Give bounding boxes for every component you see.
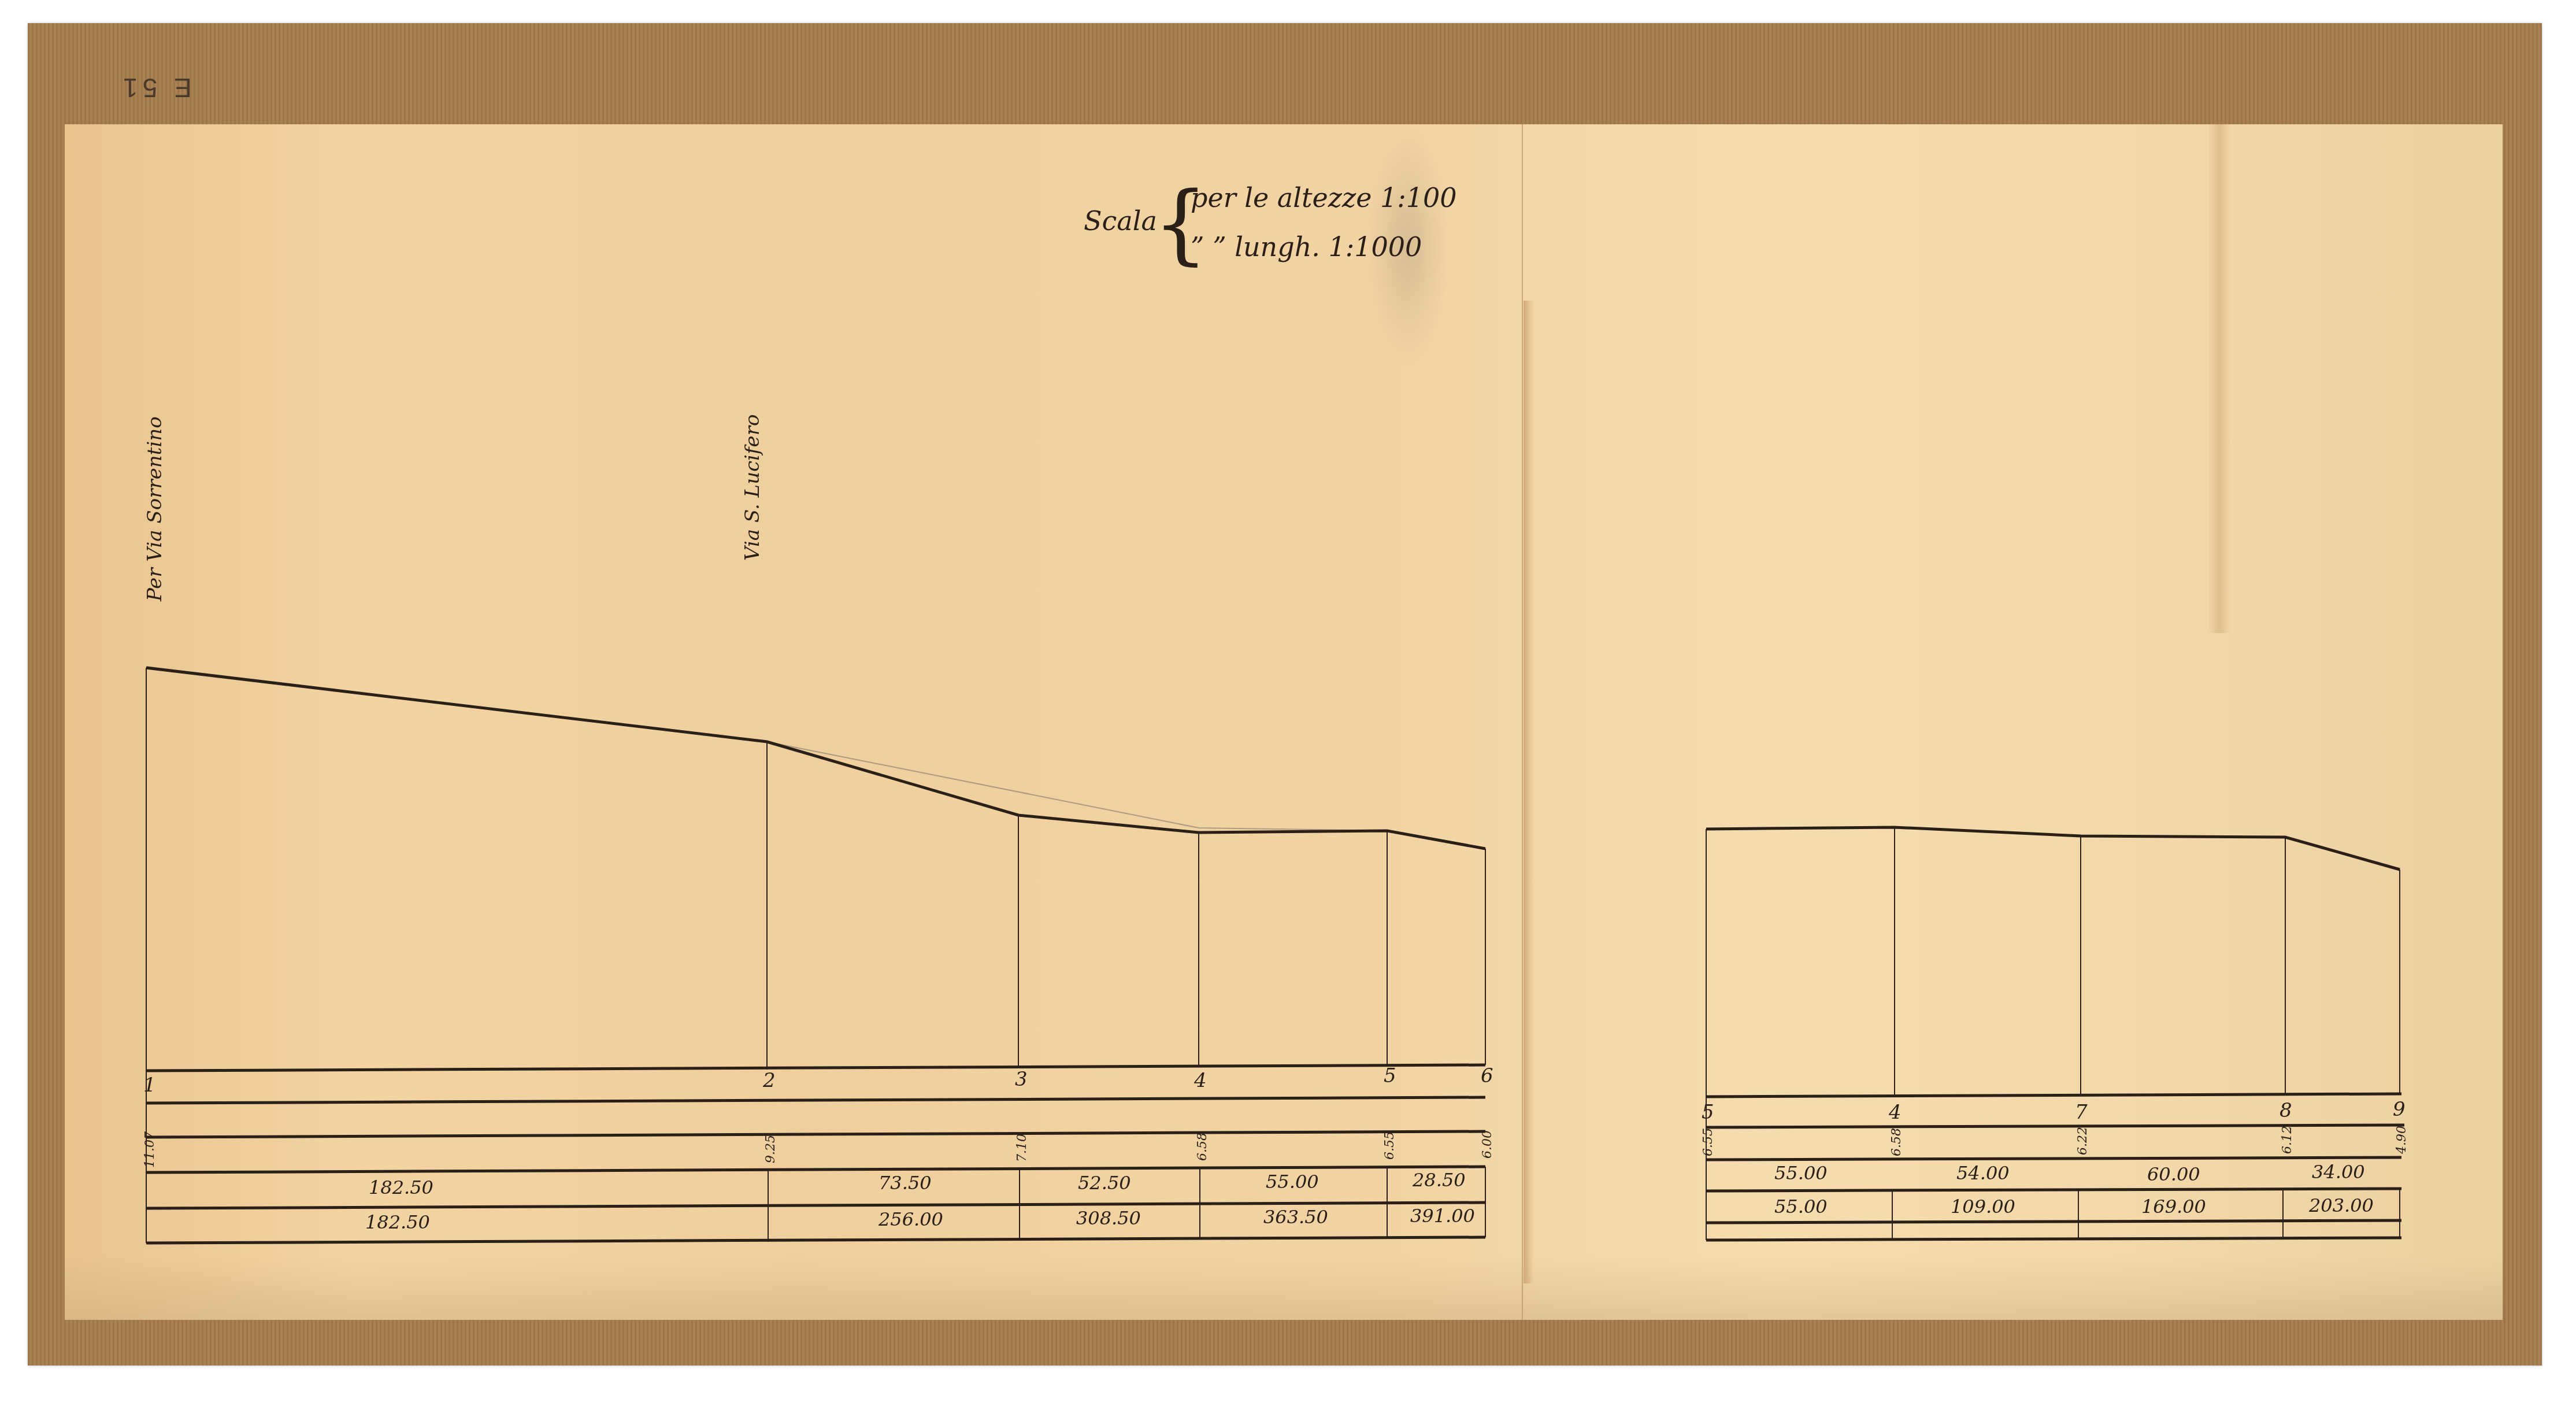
station-label: 4: [1194, 1069, 1207, 1092]
elevation-value: 6.55: [1701, 1128, 1715, 1156]
right-progressive-distances: 55.00 109.00 169.00 203.00: [1774, 1194, 2374, 1218]
station-label: 6: [1481, 1064, 1493, 1087]
station-label: 5: [1702, 1101, 1714, 1124]
partial-distance: 182.50: [369, 1176, 433, 1198]
progressive-distance: 391.00: [1410, 1205, 1475, 1227]
partial-distance: 28.50: [1412, 1169, 1466, 1191]
ground-line: [1706, 827, 2400, 870]
elevation-value: 6.55: [1382, 1131, 1397, 1160]
elevation-value: 6.58: [1195, 1133, 1210, 1161]
station-label: 3: [1015, 1068, 1028, 1091]
elevation-value: 6.22: [2075, 1127, 2090, 1155]
right-elevations: 6.55 6.58 6.22 6.12 4.90: [1701, 1126, 2409, 1156]
station-label: 7: [2075, 1101, 2088, 1124]
left-profile: [146, 668, 1485, 1243]
station-label: 4: [1888, 1101, 1902, 1124]
partial-distance: 55.00: [1774, 1162, 1828, 1184]
elevation-value: 6.58: [1889, 1128, 1904, 1156]
station-label: 2: [762, 1069, 776, 1092]
partial-distance: 60.00: [2147, 1163, 2200, 1185]
elevation-value: 4.90: [2395, 1126, 2409, 1155]
partial-distance: 55.00: [1266, 1171, 1319, 1193]
left-partial-distances: 182.50 73.50 52.50 55.00 28.50: [369, 1169, 1466, 1198]
station-label: 5: [1384, 1064, 1396, 1087]
partial-distance: 52.50: [1078, 1172, 1131, 1194]
progressive-distance: 109.00: [1951, 1196, 2015, 1218]
progressive-distance: 308.50: [1076, 1207, 1141, 1229]
partial-distance: 54.00: [1956, 1162, 2010, 1184]
progressive-distance: 203.00: [2308, 1194, 2374, 1216]
progressive-distance: 182.50: [365, 1211, 430, 1233]
elevation-value: 6.00: [1480, 1130, 1495, 1159]
partial-distance: 73.50: [879, 1172, 932, 1194]
progressive-distance: 256.00: [878, 1208, 943, 1230]
profile-drawing: 1 2 3 4 5 6 11.07 9.25 7.10 6.58 6.55 6.…: [0, 0, 2576, 1417]
elevation-value: 11.07: [143, 1131, 157, 1168]
progressive-distance: 363.50: [1263, 1206, 1328, 1228]
elevation-value: 6.12: [2280, 1126, 2295, 1154]
station-label: 8: [2280, 1099, 2292, 1122]
elevation-value: 7.10: [1015, 1134, 1029, 1162]
station-label: 1: [143, 1074, 156, 1097]
ground-line: [146, 668, 1485, 849]
progressive-distance: 55.00: [1774, 1196, 1828, 1218]
right-partial-distances: 55.00 54.00 60.00 34.00: [1774, 1161, 2365, 1185]
left-progressive-distances: 182.50 256.00 308.50 363.50 391.00: [365, 1205, 1475, 1233]
partial-distance: 34.00: [2312, 1161, 2365, 1183]
station-label: 9: [2393, 1098, 2405, 1121]
pencil-grade-line: [767, 742, 1387, 831]
right-station-labels: 5 4 7 8 9: [1702, 1098, 2405, 1124]
progressive-distance: 169.00: [2141, 1196, 2206, 1218]
elevation-value: 9.25: [763, 1135, 778, 1163]
